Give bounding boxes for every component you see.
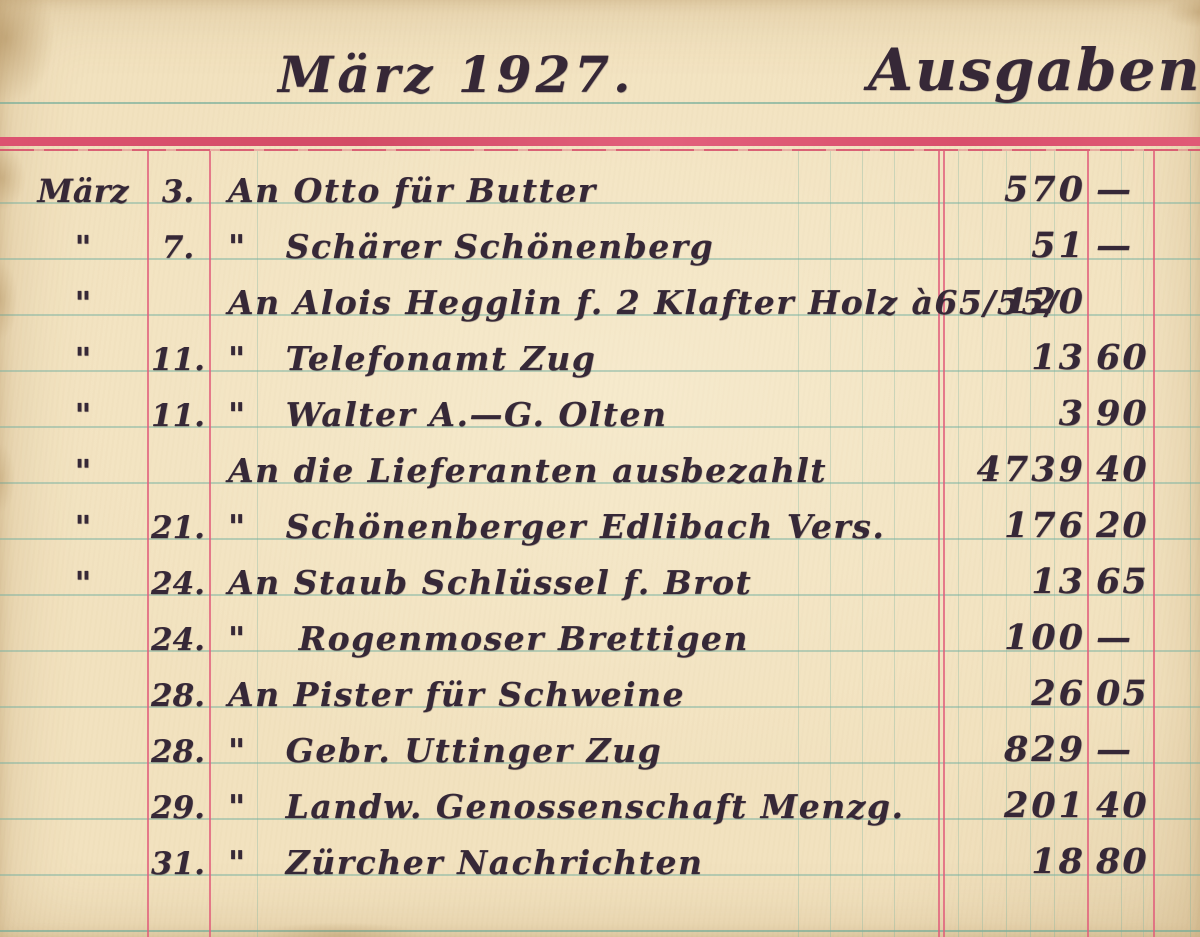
day-cell: 29. [144, 790, 212, 826]
description-cell: " Schönenberger Edlibach Vers. [228, 507, 885, 546]
header-rule-thin [0, 149, 1200, 151]
ledger-row: " 7. " Schärer Schönenberg 51 — [0, 214, 1200, 266]
month-cell: " [22, 396, 144, 434]
ledger-row: " 24. An Staub Schlüssel f. Brot 13 65 [0, 550, 1200, 602]
description-cell: " Rogenmoser Brettigen [228, 619, 749, 658]
amount-francs-cell: 26 [848, 673, 1086, 714]
description-cell: An die Lieferanten ausbezahlt [228, 451, 827, 490]
header-rule-thick [0, 137, 1200, 146]
amount-cents-cell: — [1091, 617, 1166, 658]
amount-francs-cell: 829 [848, 729, 1086, 770]
day-cell: 28. [144, 734, 212, 770]
description-cell: " Schärer Schönenberg [228, 227, 714, 266]
amount-cents-cell: 60 [1091, 337, 1166, 378]
amount-cents-cell: 05 [1091, 673, 1166, 714]
amount-francs-cell: 120 [848, 281, 1086, 322]
description-cell: " Gebr. Uttinger Zug [228, 731, 662, 770]
ausgaben-text: Ausgaben [868, 36, 1200, 104]
amount-cents-cell: — [1091, 225, 1166, 266]
day-cell: 3. [144, 174, 212, 210]
month-cell: " [22, 508, 144, 546]
description-cell: " Telefonamt Zug [228, 339, 596, 378]
amount-francs-cell: 176 [848, 505, 1086, 546]
day-cell: 7. [144, 230, 212, 266]
amount-francs-cell: 13 [848, 561, 1086, 602]
ledger-row: März 3. An Otto für Butter 570 — [0, 158, 1200, 210]
amount-francs-cell: 100 [848, 617, 1086, 658]
ledger-row: " 11. " Walter A.—G. Olten 3 90 [0, 382, 1200, 434]
month-cell: " [22, 228, 144, 266]
ledger-row: 31. " Zürcher Nachrichten 18 80 [0, 830, 1200, 882]
description-cell: An Pister für Schweine [228, 675, 685, 714]
amount-francs-cell: 4739 [848, 449, 1086, 490]
ledger-row: 24. " Rogenmoser Brettigen 100 — [0, 606, 1200, 658]
day-cell: 31. [144, 846, 212, 882]
ledger-row: " An Alois Hegglin f. 2 Klafter Holz à65… [0, 270, 1200, 322]
ledger-row: 29. " Landw. Genossenschaft Menzg. 201 4… [0, 774, 1200, 826]
teal-guide-line [0, 930, 1200, 932]
description-cell: " Walter A.—G. Olten [228, 395, 667, 434]
amount-cents-cell: — [1091, 169, 1166, 210]
amount-cents-cell: 65 [1091, 561, 1166, 602]
description-cell: " Zürcher Nachrichten [228, 843, 703, 882]
ledger-row: " An die Lieferanten ausbezahlt 4739 40 [0, 438, 1200, 490]
amount-cents-cell: — [1091, 729, 1166, 770]
ledger-page: März 1927. Ausgaben März 3. An Otto für … [0, 0, 1200, 937]
month-cell: März [22, 172, 144, 210]
ledger-row: " 11. " Telefonamt Zug 13 60 [0, 326, 1200, 378]
amount-francs-cell: 201 [848, 785, 1086, 826]
amount-cents-cell: 20 [1091, 505, 1166, 546]
day-cell: 28. [144, 678, 212, 714]
day-cell: 24. [144, 622, 212, 658]
amount-francs-cell: 3 [848, 393, 1086, 434]
page-title-ausgaben: Ausgaben [868, 22, 1200, 104]
amount-francs-cell: 13 [848, 337, 1086, 378]
page-title-month-year: März 1927. [278, 36, 634, 104]
amount-cents-cell: 40 [1091, 785, 1166, 826]
amount-cents-cell: 40 [1091, 449, 1166, 490]
ledger-row: 28. An Pister für Schweine 26 05 [0, 662, 1200, 714]
description-cell: " Landw. Genossenschaft Menzg. [228, 787, 905, 826]
day-cell: 11. [144, 342, 212, 378]
month-cell: " [22, 340, 144, 378]
day-cell: 11. [144, 398, 212, 434]
amount-cents-cell: 80 [1091, 841, 1166, 882]
amount-francs-cell: 18 [848, 841, 1086, 882]
month-cell: " [22, 452, 144, 490]
month-cell: " [22, 564, 144, 602]
ledger-row: " 21. " Schönenberger Edlibach Vers. 176… [0, 494, 1200, 546]
description-cell: An Otto für Butter [228, 171, 597, 210]
amount-francs-cell: 570 [848, 169, 1086, 210]
ledger-row: 28. " Gebr. Uttinger Zug 829 — [0, 718, 1200, 770]
day-cell: 24. [144, 566, 212, 602]
amount-francs-cell: 51 [848, 225, 1086, 266]
amount-cents-cell: 90 [1091, 393, 1166, 434]
month-year-text: März 1927. [278, 45, 634, 104]
description-cell: An Staub Schlüssel f. Brot [228, 563, 752, 602]
day-cell: 21. [144, 510, 212, 546]
month-cell: " [22, 284, 144, 322]
